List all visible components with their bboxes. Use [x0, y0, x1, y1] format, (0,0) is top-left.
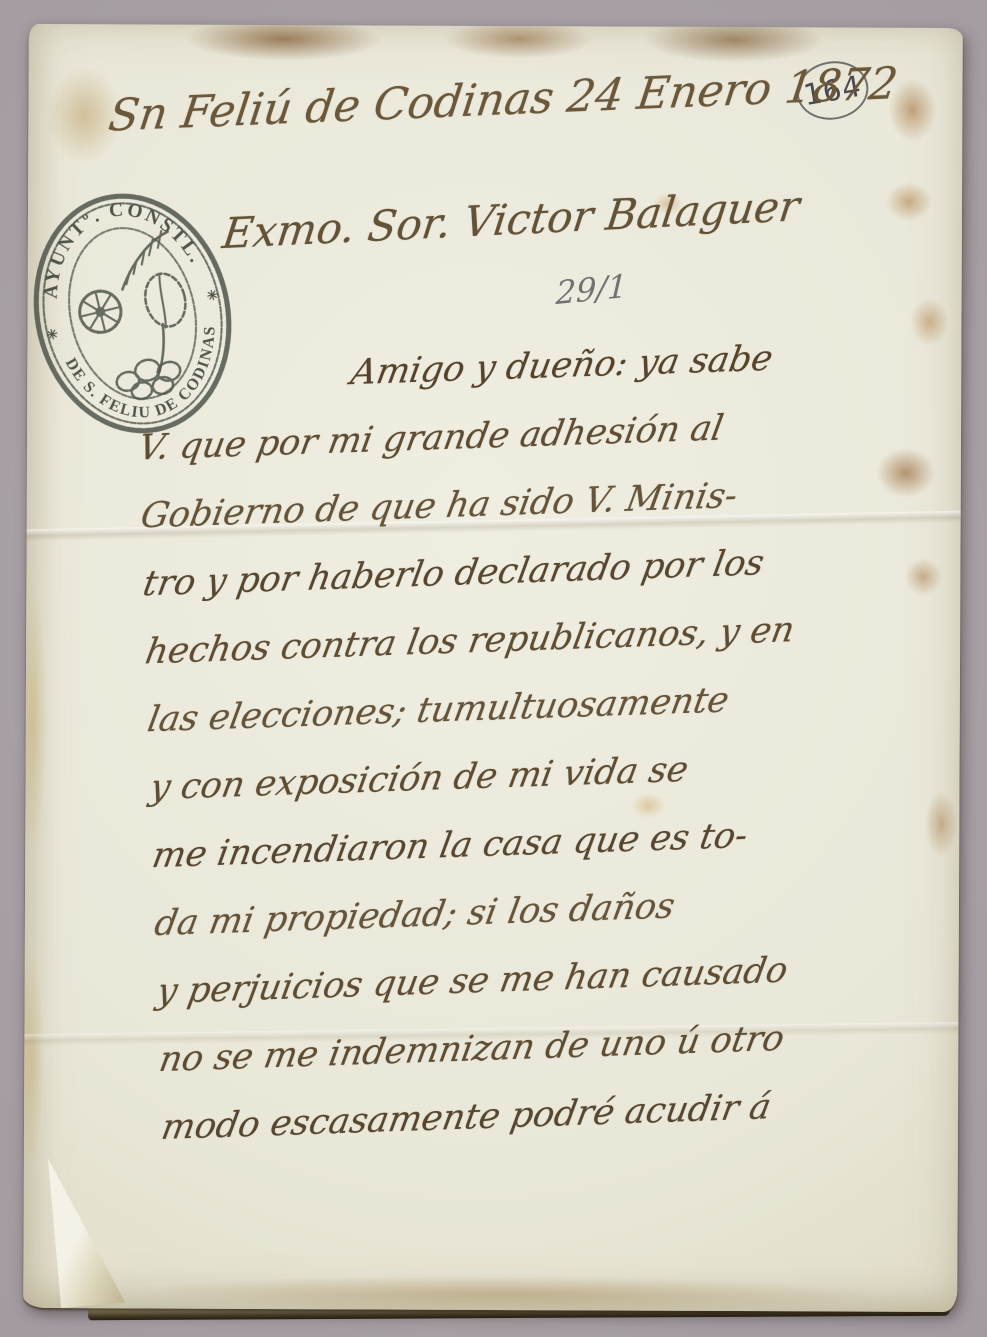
stain	[159, 24, 409, 68]
stain	[424, 24, 614, 65]
stain	[878, 176, 940, 228]
letter-page: 164	[23, 24, 963, 1312]
letter-body: Amigo y dueño: ya sabe V. que por mi gra…	[135, 319, 962, 1162]
folded-corner	[47, 1158, 126, 1308]
scanned-letter-background: 164	[0, 0, 987, 1337]
dateline: Sn Feliú de Codinas 24 Enero 1872	[106, 57, 932, 142]
pencil-annotation: 29/1	[555, 267, 628, 313]
recipient-line: Exmo. Sor. Victor Balaguer	[220, 180, 826, 258]
stain	[73, 1270, 943, 1312]
stain	[23, 564, 50, 884]
wheel-emblem-icon	[75, 287, 125, 337]
stamp-star-left: ✳	[45, 326, 59, 343]
stain	[23, 929, 47, 1189]
